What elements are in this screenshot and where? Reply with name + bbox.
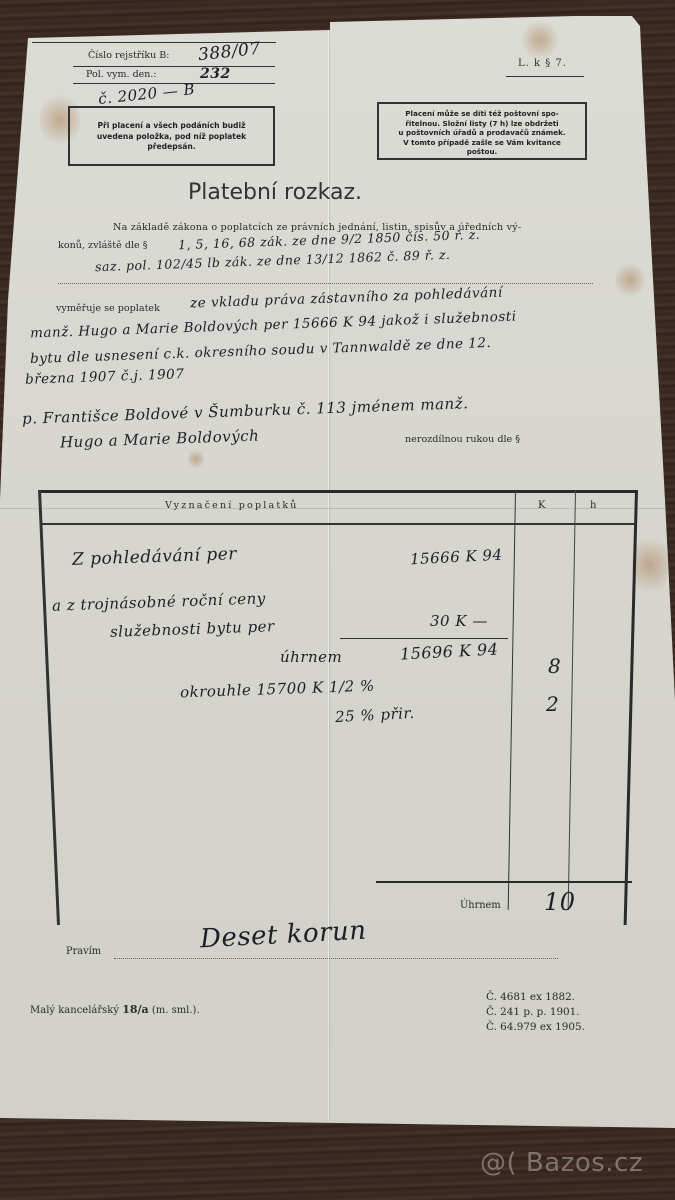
table-header-h: h (590, 500, 596, 511)
intro-section-label: konů, zvláště dle § (58, 240, 148, 251)
fee-row-description: a z trojnásobné roční ceny (52, 589, 266, 614)
total-rule (376, 881, 632, 883)
fee-row-description: 25 % přir. (335, 704, 416, 726)
stain (520, 20, 560, 60)
notice-right-line: Placení může se díti též poštovní spo- (379, 109, 585, 119)
notice-box-left: Při placení a všech podáních budiž uvede… (68, 106, 275, 166)
fee-row-description: Z pohledávání per (72, 544, 238, 570)
table-header-k: K (538, 500, 545, 511)
payer-hand-line: p. Františce Boldové v Šumburku č. 113 j… (22, 394, 469, 428)
form-name: Malý kancelářský 18/a (m. sml.). (30, 1003, 200, 1016)
assessment-label: vyměřuje se poplatek (56, 303, 160, 314)
notice-right-line: poštou. (379, 147, 585, 157)
table-col-divider-k (508, 490, 516, 910)
table-left-border (38, 490, 60, 925)
intro-dotted-rule (58, 283, 593, 284)
register-label: Číslo rejstříku B: (88, 50, 169, 61)
form-ref-rule (506, 76, 584, 77)
payer-suffix: nerozdílnou rukou dle § (405, 434, 520, 445)
assessment-hand-line: ze vkladu práva zástavního za pohledáván… (190, 285, 503, 312)
total-k: 10 (544, 888, 576, 916)
fee-row-description: okrouhle 15700 K 1/2 % (180, 677, 375, 702)
fee-row-amount: 15696 K 94 (400, 639, 499, 663)
table-header-rule (40, 523, 635, 525)
item-value: 232 (200, 66, 231, 82)
table-top-border (40, 490, 638, 493)
notice-left-line: Při placení a všech podáních budiž (70, 121, 273, 132)
document-title: Platební rozkaz. (188, 180, 362, 205)
fee-table: Vyznačení poplatků K h Z pohledávání per… (10, 490, 635, 930)
form-name-number: 18/a (122, 1003, 148, 1016)
notice-box-right: Placení může se díti též poštovní spo- ř… (377, 102, 587, 160)
fee-row-description: úhrnem (280, 648, 342, 666)
legal-ref: Č. 64.979 ex 1905. (486, 1020, 585, 1035)
assessment-hand-line: bytu dle usnesení c.k. okresního soudu v… (30, 335, 492, 367)
notice-right-line: u poštovních úřadů a prodavačů známek. (379, 128, 585, 138)
notice-left-line: předepsán. (70, 142, 273, 153)
legal-ref: Č. 241 p. p. 1901. (486, 1005, 585, 1020)
form-name-suffix: (m. sml.). (152, 1005, 200, 1016)
assessment-hand-line: března 1907 č.j. 1907 (25, 366, 185, 388)
intro-hand-line: saz. pol. 102/45 lb zák. ze dne 13/12 18… (95, 247, 451, 274)
fee-row-k: 8 (548, 654, 561, 678)
payer-hand-line: Hugo a Marie Boldových (60, 427, 260, 452)
table-right-border (624, 490, 638, 925)
stain (632, 530, 668, 600)
form-name-prefix: Malý kancelářský (30, 1005, 119, 1016)
fee-row-description: služebnosti bytu per (110, 617, 275, 641)
document-paper: Číslo rejstříku B: 388/07 Pol. vym. den.… (0, 0, 675, 1200)
stain (615, 260, 645, 300)
legal-ref: Č. 4681 ex 1882. (486, 990, 585, 1005)
form-reference: L. k § 7. (518, 58, 567, 69)
register-rule (73, 66, 275, 67)
total-label: Úhrnem (460, 900, 501, 911)
fee-row-k: 2 (546, 692, 559, 716)
fee-row-amount: 15666 K 94 (410, 546, 503, 569)
item-label: Pol. vym. den.: (86, 69, 157, 80)
notice-left-line: uvedena položka, pod níž poplatek (70, 132, 273, 143)
notice-right-line: V tomto případě zašle se Vám kvitance (379, 138, 585, 148)
stain (188, 448, 204, 470)
fee-row-amount: 30 K — (430, 612, 488, 630)
ref-note: č. 2020 — B (97, 80, 196, 108)
table-col-divider-h (568, 490, 576, 910)
table-header-description: Vyznačení poplatků (165, 500, 299, 511)
legal-refs: Č. 4681 ex 1882. Č. 241 p. p. 1901. Č. 6… (486, 990, 585, 1035)
watermark: @( Bazos.cz (480, 1148, 643, 1178)
words-dotted-rule (114, 958, 558, 959)
subtotal-rule (340, 638, 508, 639)
words-label: Pravím (66, 946, 101, 957)
notice-right-line: řitelnou. Složní listy (7 h) lze obdržet… (379, 119, 585, 129)
